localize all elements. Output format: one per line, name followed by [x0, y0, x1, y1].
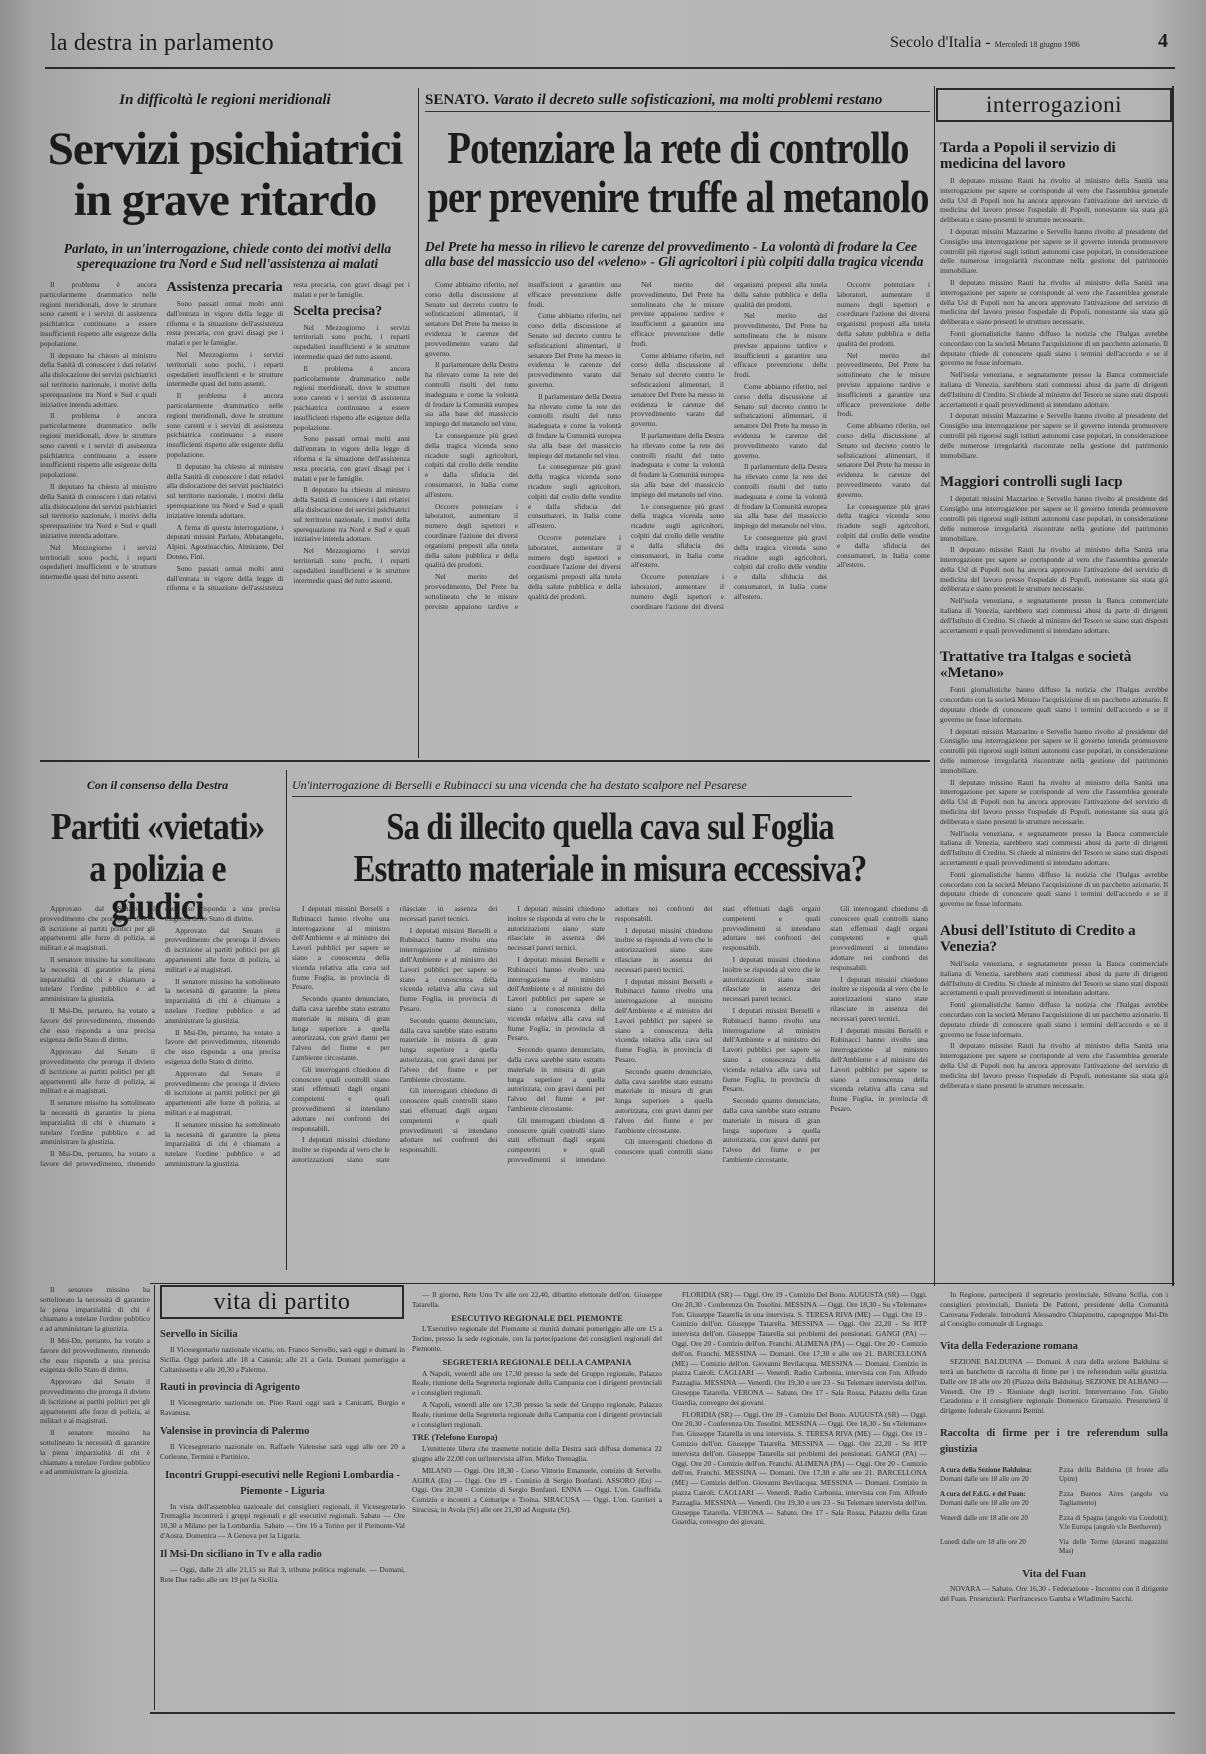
paragraph: Come abbiamo riferito, nel corso della d…: [631, 351, 724, 429]
firme-table: A cura della Sezione Balduina:Domani dal…: [940, 1466, 1168, 1556]
paragraph: Il parlamentare della Destra ha rilevato…: [631, 431, 724, 500]
paragraph: Il deputato missino Rauti ha rivolto al …: [940, 1041, 1168, 1090]
vita-item-title: Vita della Federazione romana: [940, 1339, 1168, 1355]
vita-col4: In Regione, parteciperà il segretario pr…: [940, 1290, 1168, 1730]
article4-headline-line1: Sa di illecito quella cava sul Foglia: [335, 808, 885, 846]
vita-item-text: A Napoli, venerdì alle ore 17,30 presso …: [412, 1400, 662, 1429]
paragraph: I deputati missini Berselli e Rubinacci …: [723, 1006, 821, 1094]
section-rule: [150, 1283, 1175, 1284]
firme-who: A cura della Sezione Balduina:: [940, 1466, 1032, 1474]
paragraph: Il deputato ha chiesto al ministro della…: [293, 485, 410, 544]
sidebar-border-left: [934, 86, 935, 1286]
firme-row-when: Lunedì dalle ore 18 alle ore 20: [940, 1538, 1049, 1556]
article3-headline-line1: Partiti «vietati»: [43, 808, 273, 846]
interrogazione-title: Trattative tra Italgas e società «Metano…: [940, 649, 1168, 681]
paragraph: I deputati missini Berselli e Rubinacci …: [507, 955, 605, 1043]
paragraph: Nell'isola veneziana, e segnatamente pre…: [940, 829, 1168, 868]
paragraph: Il parlamentare della Destra ha rilevato…: [425, 360, 518, 429]
paragraph: Gli interroganti chiedono di conoscere q…: [830, 904, 928, 973]
paragraph: Il problema è ancora particolarmente dra…: [40, 411, 157, 480]
article1-headline: Servizi psichiatrici in grave ritardo: [40, 126, 410, 224]
subhead: Scelta precisa?: [293, 304, 410, 319]
interrogazione-item: Maggiori controlli sugli Iacp I deputati…: [940, 474, 1168, 635]
firme-row-where: Via delle Terme (davanti magazzini Mas): [1059, 1538, 1168, 1556]
paragraph: Nel Mezzogiorno i servizi territoriali s…: [293, 546, 410, 585]
paragraph: Il Msi-Dn, pertanto, ha votato a favore …: [40, 1006, 155, 1045]
paragraph: I deputati missini chiedono inoltre se r…: [507, 904, 605, 953]
paragraph: Come abbiamo riferito, nel corso della d…: [528, 311, 621, 389]
paragraph: Gli interroganti chiedono di conoscere q…: [292, 1065, 390, 1134]
article1-kicker: In difficoltà le regioni meridionali: [40, 92, 410, 109]
vita-item-text: A Napoli, venerdì alle ore 17,30 presso …: [412, 1369, 662, 1398]
paragraph: Il senatore missino ha sottolineato la n…: [40, 955, 155, 1004]
vita-item-text: Il Vicesegretario nazionale on. Pino Rau…: [160, 1398, 405, 1418]
article1-deck: Parlato, in un'interrogazione, chiede co…: [40, 242, 415, 272]
paragraph: Il deputato ha chiesto al ministro della…: [40, 351, 157, 410]
page-number: 4: [1158, 30, 1168, 53]
paragraph: Nel Mezzogiorno i servizi territoriali s…: [293, 323, 410, 362]
article3-kicker: Con il consenso della Destra: [40, 778, 275, 793]
vita-item-text: FLORIDIA (SR) — Oggi. Ore 19 - Comizio D…: [672, 1410, 927, 1528]
interrogazione-body: Nell'isola veneziana, e segnatamente pre…: [940, 959, 1168, 1090]
interrogazioni-list: Tarda a Popoli il servizio di medicina d…: [940, 132, 1168, 1282]
vita-item-title: Servello in Sicilia: [160, 1327, 405, 1343]
article2-deck: Del Prete ha messo in rilievo le carenze…: [425, 240, 930, 270]
paper-name: Secolo d'Italia - Mercoledì 18 giugno 19…: [890, 34, 1080, 52]
paragraph: Secondo quanto denunciato, dalla cava sa…: [507, 1045, 605, 1114]
vita-item-text: In vista dell'assemblea nazionale dei co…: [160, 1502, 405, 1541]
paragraph: Secondo quanto denunciato, dalla cava sa…: [723, 1096, 821, 1165]
paragraph: I deputati missini Mazzarino e Servello …: [940, 727, 1168, 776]
paragraph: Come abbiamo riferito, nel corso della d…: [425, 280, 518, 358]
paragraph: Nell'isola veneziana, e segnatamente pre…: [940, 959, 1168, 998]
vita-item-title: TRE (Telefono Europa): [412, 1433, 662, 1443]
article2-kicker-text: Varato il decreto sulle sofisticazioni, …: [493, 92, 883, 108]
paragraph: Il deputato missino Rauti ha rivolto al …: [940, 176, 1168, 225]
paragraph: Il deputato missino Rauti ha rivolto al …: [940, 778, 1168, 827]
vita-border: [154, 1285, 155, 1710]
vita-item-text: Il Vicesegretario nazionale vicario, on.…: [160, 1345, 405, 1374]
subhead: Assistenza precaria: [167, 280, 284, 295]
paragraph: Il Msi-Dn, pertanto, ha votato a favore …: [165, 1028, 280, 1067]
paragraph: I deputati missini Berselli e Rubinacci …: [400, 926, 498, 1014]
paragraph: Il deputato missino Rauti ha rivolto al …: [940, 545, 1168, 594]
paragraph: I deputati missini Berselli e Rubinacci …: [830, 1026, 928, 1114]
paragraph: I deputati missini Mazzarino e Servello …: [940, 411, 1168, 460]
paragraph: Approvato dal Senato il provvedimento ch…: [40, 904, 155, 953]
firme-row-where: P.zza di Spagna (angolo via Condotti); V…: [1059, 1514, 1168, 1532]
article2-headline-line2: per prevenire truffe al metanolo: [420, 175, 936, 220]
paragraph: Il problema è ancora particolarmente dra…: [40, 280, 157, 349]
section-rule: [40, 760, 930, 762]
vita-item: Servello in Sicilia Il Vicesegretario na…: [160, 1327, 405, 1584]
paragraph: Il senatore missino ha sottolineato la n…: [165, 977, 280, 1026]
vita-col3: FLORIDIA (SR) — Oggi. Ore 19 - Comizio D…: [672, 1290, 927, 1730]
firme-when: Domani dalle ore 18 alle ore 20: [940, 1475, 1029, 1483]
paragraph: Come abbiamo riferito, nel corso della d…: [837, 421, 930, 499]
article1-headline-line2: in grave ritardo: [40, 177, 410, 224]
paragraph: I deputati missini Mazzarino e Servello …: [940, 227, 1168, 276]
article1-headline-line1: Servizi psichiatrici: [40, 126, 410, 173]
vita-box-title: vita di partito: [160, 1285, 404, 1319]
firme-row-when: Venerdì dalle ore 18 alle ore 20: [940, 1514, 1049, 1532]
interrogazione-body: Fonti giornalistiche hanno diffuso la no…: [940, 685, 1168, 909]
paragraph: Come abbiamo riferito, nel corso della d…: [734, 382, 827, 460]
firme-row-where: P.zza Buenos Aires (angolo via Tagliamen…: [1059, 1490, 1168, 1508]
paragraph: Il deputato ha chiesto al ministro della…: [167, 462, 284, 521]
paragraph: Il problema è ancora particolarmente dra…: [167, 391, 284, 460]
paragraph: Sono passati ormai molti anni dall'entra…: [293, 434, 410, 483]
paragraph: Nell'isola veneziana, e segnatamente pre…: [940, 596, 1168, 635]
paper-title: Secolo d'Italia: [890, 34, 981, 51]
paragraph: Nel Mezzogiorno i servizi territoriali s…: [167, 350, 284, 389]
vita-col3-text: FLORIDIA (SR) — Oggi. Ore 19 - Comizio D…: [672, 1290, 927, 1527]
article3-body: Approvato dal Senato il provvedimento ch…: [40, 904, 280, 1274]
paragraph: Il senatore missino ha sottolineato la n…: [165, 1120, 280, 1169]
vita-item-text: MILANO — Oggi. Ore 18,30 - Corso Vittori…: [412, 1466, 662, 1515]
vita-item-text: — Il giorno, Rete Uno Tv alle ore 22,40,…: [412, 1290, 662, 1310]
bottom-rule: [150, 1712, 1175, 1714]
paragraph: Le conseguenze più gravi della tragica v…: [837, 502, 930, 571]
issue-date: Mercoledì 18 giugno 1986: [995, 40, 1080, 49]
article2-headline-line1: Potenziare la rete di controllo: [420, 126, 936, 171]
paragraph: Il senatore missino ha sottolineato la n…: [40, 1428, 150, 1477]
paragraph: Occorre potenziare i laboratori, aumenta…: [425, 502, 518, 571]
paragraph: I deputati missini chiedono inoltre se r…: [615, 926, 713, 975]
kicker-underline: [292, 796, 852, 797]
paragraph: I deputati missini Mazzarino e Servello …: [940, 494, 1168, 543]
interrogazione-body: Il deputato missino Rauti ha rivolto al …: [940, 176, 1168, 460]
firme-who: A cura del F.d.G. e del Fuan:: [940, 1490, 1026, 1498]
interrogazione-title: Abusi dell'Istituto di Credito a Venezia…: [940, 923, 1168, 955]
interrogazione-item: Abusi dell'Istituto di Credito a Venezia…: [940, 923, 1168, 1090]
article3-continuation: Il senatore missino ha sottolineato la n…: [40, 1285, 150, 1715]
paragraph: Fonti giornalistiche hanno diffuso la no…: [940, 1000, 1168, 1039]
paragraph: Approvato dal Senato il provvedimento ch…: [165, 926, 280, 975]
column-divider: [286, 770, 287, 1270]
vita-item-title: Incontri Gruppi-esecutivi nelle Regioni …: [160, 1468, 405, 1500]
paragraph: Fonti giornalistiche hanno diffuso la no…: [940, 329, 1168, 368]
paragraph: Le conseguenze più gravi della tragica v…: [528, 462, 621, 531]
paragraph: Il senatore missino ha sottolineato la n…: [40, 1098, 155, 1147]
vita-item-text: L'emittente libera che trasmette notizie…: [412, 1444, 662, 1464]
separator: -: [985, 34, 994, 51]
paragraph: Sono passati ormai molti anni dall'entra…: [167, 299, 284, 348]
firme-row-where: P.zza della Balduina (il fronte alla Upi…: [1059, 1466, 1168, 1484]
paragraph: Occorre potenziare i laboratori, aumenta…: [528, 533, 621, 602]
vita-item-text: L'Esecutivo regionale del Piemonte si ri…: [412, 1324, 662, 1353]
vita-col2-text: — Il giorno, Rete Uno Tv alle ore 22,40,…: [412, 1290, 662, 1515]
vita-item-text: — Oggi, dalle 21 alle 21,15 su Rai 3, tr…: [160, 1565, 405, 1585]
article2-headline: Potenziare la rete di controllo per prev…: [420, 126, 863, 220]
newspaper-page: la destra in parlamento Secolo d'Italia …: [0, 0, 1206, 1754]
paragraph: Secondo quanto denunciato, dalla cava sa…: [615, 1067, 713, 1136]
paragraph: Il Msi-Dn, pertanto, ha votato a favore …: [40, 1336, 150, 1375]
vita-col4-text: In Regione, parteciperà il segretario pr…: [940, 1290, 1168, 1604]
paragraph: Fonti giornalistiche hanno diffuso la no…: [940, 870, 1168, 909]
interrogazioni-box-title: interrogazioni: [936, 88, 1172, 122]
paragraph: Secondo quanto denunciato, dalla cava sa…: [292, 994, 390, 1063]
paragraph: I deputati missini chiedono inoltre se r…: [723, 955, 821, 1004]
column-divider: [418, 88, 419, 758]
firme-when: Domani dalle ore 18 alle ore 20: [940, 1499, 1029, 1507]
paragraph: Nel merito del provvedimento, Del Prete …: [734, 311, 827, 380]
sidebar-border-right: [1172, 86, 1174, 1286]
paragraph: I deputati missini chiedono inoltre se r…: [830, 975, 928, 1024]
paragraph: Secondo quanto denunciato, dalla cava sa…: [400, 1016, 498, 1085]
article4-headline: Sa di illecito quella cava sul Foglia Es…: [335, 808, 885, 888]
paragraph: Il deputato missino Rauti ha rivolto al …: [940, 278, 1168, 327]
vita-item-title: ESECUTIVO REGIONALE DEL PIEMONTE: [412, 1314, 662, 1324]
interrogazione-item: Tarda a Popoli il servizio di medicina d…: [940, 140, 1168, 460]
paragraph: Il parlamentare della Destra ha rilevato…: [734, 462, 827, 531]
paragraph: Approvato dal Senato il provvedimento ch…: [165, 1069, 280, 1118]
vita-item-text: In Regione, parteciperà il segretario pr…: [940, 1290, 1168, 1329]
article2-body: Come abbiamo riferito, nel corso della d…: [425, 280, 930, 750]
paragraph: I deputati missini Berselli e Rubinacci …: [615, 977, 713, 1065]
vita-item-text: FLORIDIA (SR) — Oggi. Ore 19 - Comizio D…: [672, 1290, 927, 1408]
paragraph: Nell'isola veneziana, e segnatamente pre…: [940, 370, 1168, 409]
interrogazione-title: Maggiori controlli sugli Iacp: [940, 474, 1168, 490]
paragraph: Le conseguenze più gravi della tragica v…: [734, 533, 827, 602]
firme-row-when: A cura della Sezione Balduina:Domani dal…: [940, 1466, 1049, 1484]
article4-body: I deputati missini Berselli e Rubinacci …: [292, 904, 928, 1274]
firme-row-when: A cura del F.d.G. e del Fuan:Domani dall…: [940, 1490, 1049, 1508]
paragraph: Il deputato ha chiesto al ministro della…: [40, 482, 157, 541]
paragraph: I deputati missini Berselli e Rubinacci …: [292, 904, 390, 992]
paragraph: Nel merito del provvedimento, Del Prete …: [837, 351, 930, 420]
vita-item-title: Il Msi-Dn siciliano in Tv e alla radio: [160, 1547, 405, 1563]
vita-item-text: Il Vicesegretario nazionale on. Raffaele…: [160, 1442, 405, 1462]
paragraph: Le conseguenze più gravi della tragica v…: [631, 502, 724, 571]
paragraph: Le conseguenze più gravi della tragica v…: [425, 431, 518, 500]
paragraph: Il senatore missino ha sottolineato la n…: [40, 1285, 150, 1334]
paragraph: Gli interroganti chiedono di conoscere q…: [400, 1086, 498, 1155]
article2-kicker-label: SENATO.: [425, 92, 489, 108]
article4-kicker: Un'interrogazione di Berselli e Rubinacc…: [292, 778, 892, 793]
paragraph: Nel merito del provvedimento, Del Prete …: [631, 280, 724, 349]
article4-headline-line2: Estratto materiale in misura eccessiva?: [335, 850, 885, 888]
paragraph: Approvato dal Senato il provvedimento ch…: [40, 1377, 150, 1426]
paragraph: Occorre potenziare i laboratori, aumenta…: [837, 280, 930, 349]
paragraph: Approvato dal Senato il provvedimento ch…: [40, 1047, 155, 1096]
section-title: la destra in parlamento: [50, 30, 274, 57]
vita-item-title: Raccolta di firme per i tre referendum s…: [940, 1426, 1168, 1458]
interrogazione-body: I deputati missini Mazzarino e Servello …: [940, 494, 1168, 635]
paragraph: A firma di questa interrogazione, i depu…: [167, 523, 284, 562]
interrogazione-title: Tarda a Popoli il servizio di medicina d…: [940, 140, 1168, 172]
interrogazione-item: Trattative tra Italgas e società «Metano…: [940, 649, 1168, 909]
paragraph: Nel Mezzogiorno i servizi territoriali s…: [40, 543, 157, 582]
vita-item-text: SEZIONE BALDUINA — Domani. A cura della …: [940, 1357, 1168, 1416]
vita-item-title: Rauti in provincia di Agrigento: [160, 1380, 405, 1396]
paragraph: Fonti giornalistiche hanno diffuso la no…: [940, 685, 1168, 724]
paragraph: Il problema è ancora particolarmente dra…: [293, 364, 410, 433]
vita-item-title: Vita del Fuan: [940, 1566, 1168, 1582]
vita-col1: Servello in Sicilia Il Vicesegretario na…: [160, 1325, 405, 1715]
vita-item-title: SEGRETERIA REGIONALE DELLA CAMPANIA: [412, 1358, 662, 1368]
article2-kicker: SENATO. Varato il decreto sulle sofistic…: [425, 92, 930, 112]
masthead-rule: [45, 67, 1175, 69]
vita-item-text: NOVARA — Sabato. Ore 16,30 - Federazione…: [940, 1584, 1168, 1604]
vita-item-title: Valensise in provincia di Palermo: [160, 1424, 405, 1440]
paragraph: Il parlamentare della Destra ha rilevato…: [528, 392, 621, 461]
vita-col2: — Il giorno, Rete Uno Tv alle ore 22,40,…: [412, 1290, 662, 1710]
article1-body: Il problema è ancora particolarmente dra…: [40, 280, 410, 750]
